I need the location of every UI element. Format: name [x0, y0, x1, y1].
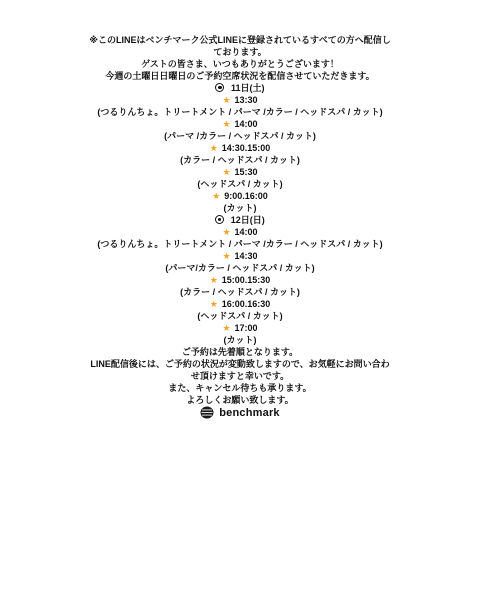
distribution-notice: ※このLINEはベンチマーク公式LINEに登録されているすべての方へ配信し てお…: [0, 34, 480, 58]
star-icon: ★: [222, 95, 230, 105]
day-title-text: 12日(日): [231, 215, 265, 225]
greeting-line-2: 今週の土曜日日曜日のご予約空席状況を配信させていただきます。: [105, 71, 374, 81]
slot: ★14:00 (パーマ /カラー / ヘッドスパ / カット): [0, 118, 480, 142]
slot-time: ★14:00: [0, 118, 480, 130]
slot-services: (カット): [0, 202, 480, 214]
star-icon: ★: [212, 191, 220, 201]
reservation-note-line-1: ご予約は先着順となります。: [182, 347, 298, 357]
slot-time: ★14:00: [0, 226, 480, 238]
reservation-note-line-3: せ頂けますと幸いです。: [191, 371, 289, 381]
notice-line-2: ております。: [213, 47, 266, 57]
slot-time-text: 16:00.16:30: [222, 299, 271, 309]
slot-services: (カラー / ヘッドスパ / カット): [0, 286, 480, 298]
slot-time: ★9:00.16:00: [0, 190, 480, 202]
footer-notes: ご予約は先着順となります。 LINE配信後には、ご予約の状況が変動致しますので、…: [0, 346, 480, 406]
greeting: ゲストの皆さま、いつもありがとうございます！ 今週の土曜日日曜日のご予約空席状況…: [0, 58, 480, 82]
slot: ★15:00.15:30 (カラー / ヘッドスパ / カット): [0, 274, 480, 298]
slot: ★13:30 (つるりんちょ。トリートメント / パーマ /カラー / ヘッドス…: [0, 94, 480, 118]
slot-time-text: 17:00: [235, 323, 258, 333]
slot-services: (カラー / ヘッドスパ / カット): [0, 154, 480, 166]
benchmark-logo-icon: [200, 406, 214, 419]
slot-time-text: 14:00: [235, 119, 258, 129]
star-icon: ★: [222, 251, 230, 261]
star-icon: ★: [210, 143, 218, 153]
slot-time: ★14:30.15:00: [0, 142, 480, 154]
slot-services: (パーマ/カラー / ヘッドスパ / カット): [0, 262, 480, 274]
slot: ★9:00.16:00 (カット): [0, 190, 480, 214]
slot-time: ★16:00.16:30: [0, 298, 480, 310]
notice-line-1: ※このLINEはベンチマーク公式LINEに登録されているすべての方へ配信し: [89, 35, 391, 45]
slot-services: (ヘッドスパ / カット): [0, 178, 480, 190]
star-icon: ★: [222, 227, 230, 237]
cancellation-note: また、キャンセル待ちも承ります。 よろしくお願い致します。: [0, 382, 480, 406]
slot: ★15:30 (ヘッドスパ / カット): [0, 166, 480, 190]
slot-time-text: 14:30: [235, 251, 258, 261]
slot: ★14:30 (パーマ/カラー / ヘッドスパ / カット): [0, 250, 480, 274]
slot: ★14:30.15:00 (カラー / ヘッドスパ / カット): [0, 142, 480, 166]
star-icon: ★: [210, 275, 218, 285]
cancellation-note-line-2: よろしくお願い致します。: [186, 395, 293, 405]
star-icon: ★: [222, 119, 230, 129]
broadcast-message: ※このLINEはベンチマーク公式LINEに登録されているすべての方へ配信し てお…: [0, 0, 480, 600]
slot: ★16:00.16:30 (ヘッドスパ / カット): [0, 298, 480, 322]
cancellation-note-line-1: また、キャンセル待ちも承ります。: [168, 383, 311, 393]
day-title-text: 11日(土): [231, 83, 265, 93]
brand-name: benchmark: [219, 407, 280, 419]
slot-time-text: 14:30.15:00: [222, 143, 271, 153]
star-icon: ★: [210, 299, 218, 309]
star-icon: ★: [222, 323, 230, 333]
slot-services: (ヘッドスパ / カット): [0, 310, 480, 322]
fisheye-bullet-icon: [215, 83, 224, 92]
slot-time: ★13:30: [0, 94, 480, 106]
slot-time-text: 15:00.15:30: [222, 275, 271, 285]
slot-time-text: 15:30: [235, 167, 258, 177]
slot: ★14:00 (つるりんちょ。トリートメント / パーマ /カラー / ヘッドス…: [0, 226, 480, 250]
reservation-note-line-2: LINE配信後には、ご予約の状況が変動致しますので、お気軽にお問い合わ: [90, 359, 389, 369]
slot-time-text: 14:00: [235, 227, 258, 237]
brand-logo: benchmark: [0, 406, 480, 419]
day-section-saturday: 11日(土) ★13:30 (つるりんちょ。トリートメント / パーマ /カラー…: [0, 82, 480, 214]
slot-time-text: 9:00.16:00: [224, 191, 268, 201]
slot-services: (カット): [0, 334, 480, 346]
star-icon: ★: [222, 167, 230, 177]
greeting-line-1: ゲストの皆さま、いつもありがとうございます！: [141, 59, 339, 69]
slot-time-text: 13:30: [235, 95, 258, 105]
slot-services: (つるりんちょ。トリートメント / パーマ /カラー / ヘッドスパ / カット…: [0, 238, 480, 250]
day-section-sunday: 12日(日) ★14:00 (つるりんちょ。トリートメント / パーマ /カラー…: [0, 214, 480, 346]
reservation-note: ご予約は先着順となります。 LINE配信後には、ご予約の状況が変動致しますので、…: [0, 346, 480, 382]
slot-services: (つるりんちょ。トリートメント / パーマ /カラー / ヘッドスパ / カット…: [0, 106, 480, 118]
slot: ★17:00 (カット): [0, 322, 480, 346]
day-title: 11日(土): [0, 82, 480, 94]
day-title: 12日(日): [0, 214, 480, 226]
slot-time: ★15:30: [0, 166, 480, 178]
slot-services: (パーマ /カラー / ヘッドスパ / カット): [0, 130, 480, 142]
slot-time: ★14:30: [0, 250, 480, 262]
fisheye-bullet-icon: [215, 215, 224, 224]
slot-time: ★15:00.15:30: [0, 274, 480, 286]
slot-time: ★17:00: [0, 322, 480, 334]
